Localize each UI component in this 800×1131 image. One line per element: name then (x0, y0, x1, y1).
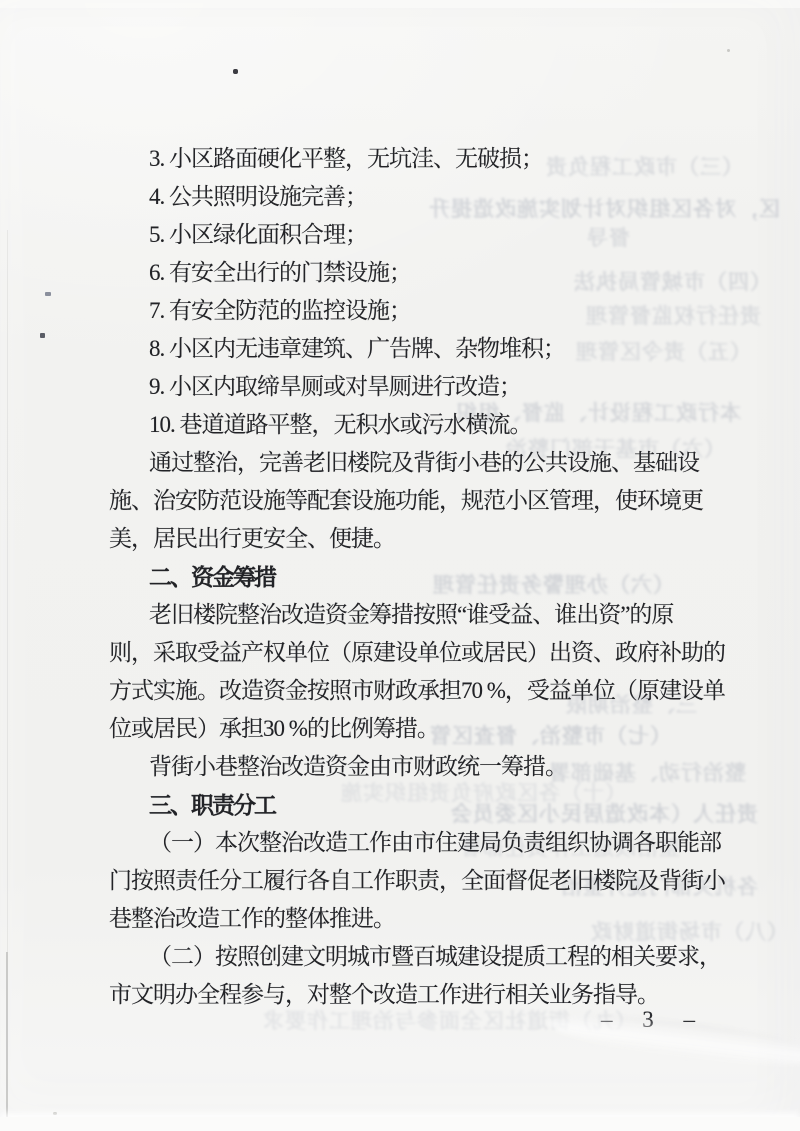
scanned-document-page: （三）市政工程负责区，对各区组织对计划实施改造提升督导（四）市城管局执法责任行权… (0, 0, 800, 1131)
document-line: 门按照责任分工履行各自工作职责，全面督促老旧楼院及背街小 (109, 862, 769, 900)
document-line: 背街小巷整治改造资金由市财政统一筹措。 (109, 748, 769, 786)
document-line: 10. 巷道道路平整，无积水或污水横流。 (109, 406, 769, 444)
scan-speck (233, 69, 238, 74)
scan-speck (40, 333, 45, 338)
scan-edge-line-lower (6, 952, 8, 1118)
document-line: （一）本次整治改造工作由市住建局负责组织协调各职能部 (109, 824, 769, 862)
document-line: 4. 公共照明设施完善； (109, 178, 769, 216)
document-line: （二）按照创建文明城市暨百城建设提质工程的相关要求， (109, 938, 769, 976)
document-line: 美，居民出行更安全、便捷。 (109, 520, 769, 558)
document-line: 施、治安防范设施等配套设施功能，规范小区管理，使环境更 (109, 482, 769, 520)
document-line: 6. 有安全出行的门禁设施； (109, 254, 769, 292)
document-line: 方式实施。改造资金按照市财政承担70 %，受益单位（原建设单 (109, 672, 769, 710)
document-line: 巷整治改造工作的整体推进。 (109, 900, 769, 938)
document-line: 则，采取受益产权单位（原建设单位或居民）出资、政府补助的 (109, 634, 769, 672)
scanner-bed-strip (0, 1117, 800, 1131)
scan-edge-line-upper (7, 230, 8, 952)
section-heading-responsibilities: 三、职责分工 (109, 786, 769, 824)
document-line: 7. 有安全防范的监控设施； (109, 292, 769, 330)
scan-speck (45, 292, 51, 296)
document-line: 位或居民）承担30 %的比例筹措。 (109, 710, 769, 748)
document-text-block: 3. 小区路面硬化平整，无坑洼、无破损；4. 公共照明设施完善；5. 小区绿化面… (109, 140, 769, 1014)
document-line: 8. 小区内无违章建筑、广告牌、杂物堆积； (109, 330, 769, 368)
document-line: 老旧楼院整治改造资金筹措按照“谁受益、谁出资”的原 (109, 596, 769, 634)
document-line: 5. 小区绿化面积合理； (109, 216, 769, 254)
scan-speck (53, 1112, 57, 1115)
scan-speck (727, 49, 730, 52)
scan-top-edge (0, 0, 800, 8)
document-line: 3. 小区路面硬化平整，无坑洼、无破损； (109, 140, 769, 178)
section-heading-funding: 二、资金筹措 (109, 558, 769, 596)
document-line: 通过整治，完善老旧楼院及背街小巷的公共设施、基础设 (109, 444, 769, 482)
document-line: 9. 小区内取缔旱厕或对旱厕进行改造； (109, 368, 769, 406)
